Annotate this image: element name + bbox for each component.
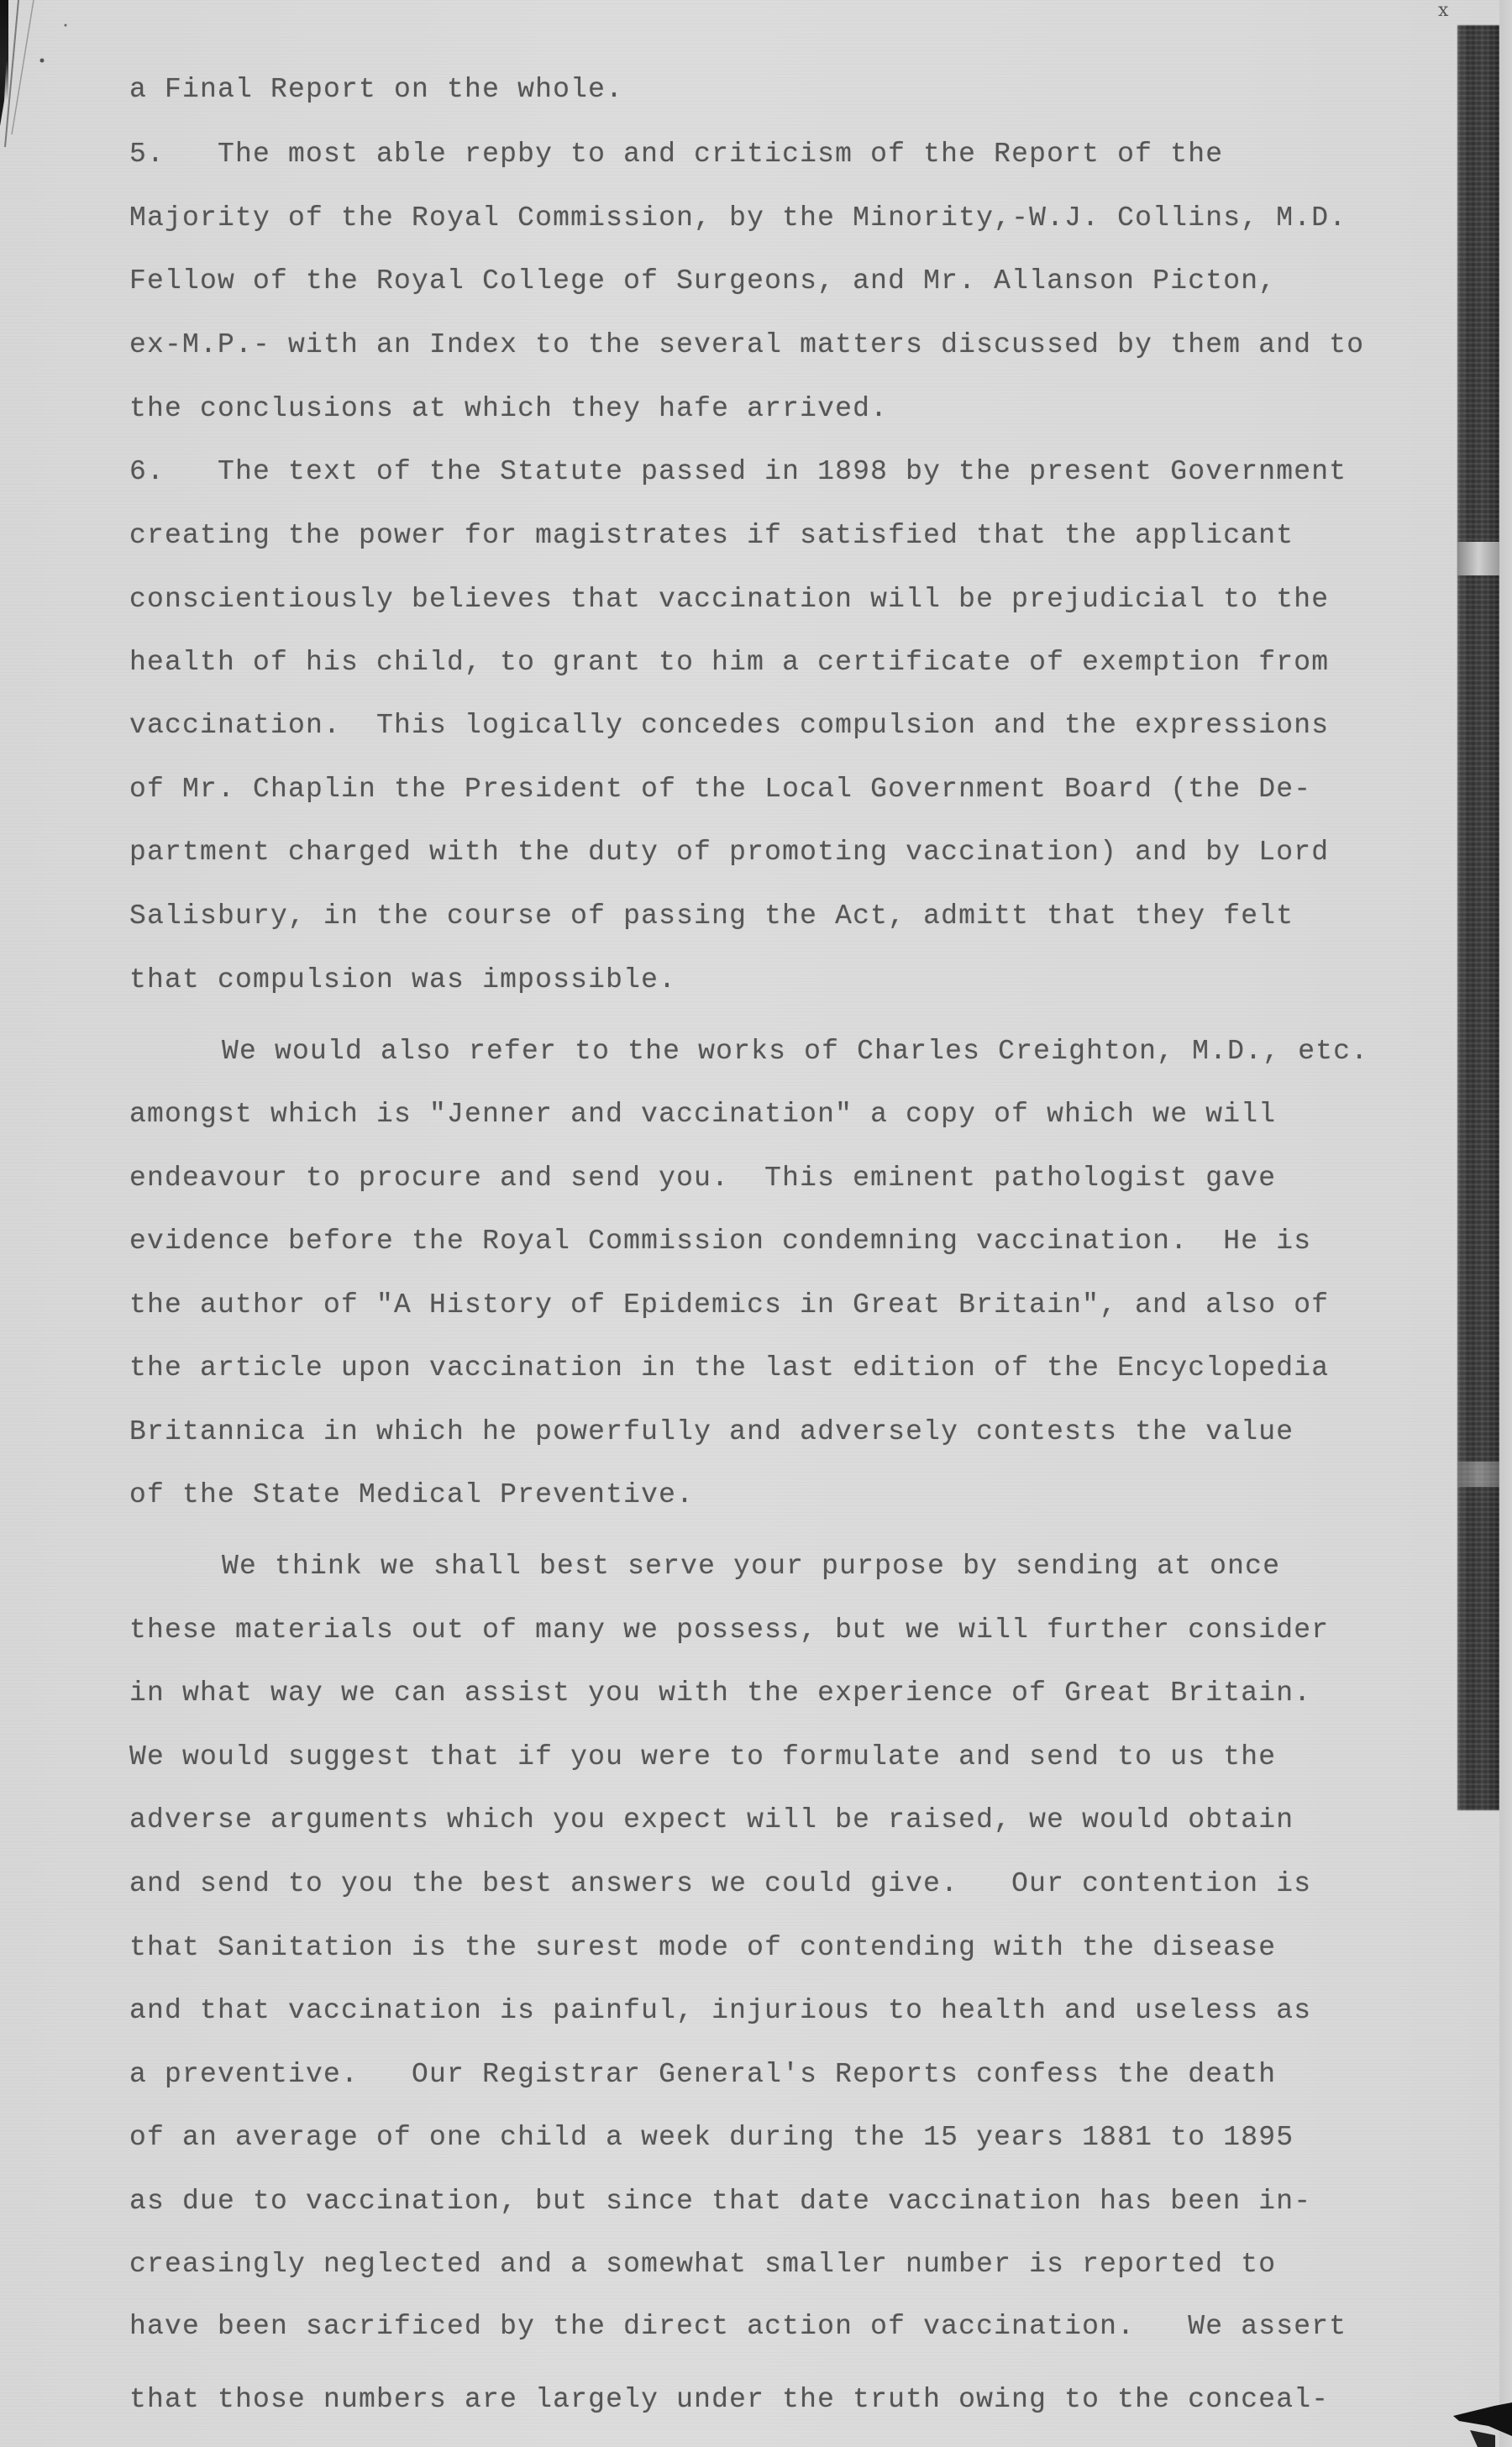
binding-gap [1457, 542, 1499, 575]
text-line: a Final Report on the whole. [129, 74, 623, 105]
text-line: endeavour to procure and send you. This … [129, 1163, 1276, 1194]
binding-gap [1457, 1462, 1499, 1487]
left-scan-edge [0, 0, 8, 101]
text-line: a preventive. Our Registrar General's Re… [129, 2059, 1276, 2090]
binding-strip [1457, 25, 1499, 1810]
text-line: Fellow of the Royal College of Surgeons,… [129, 265, 1276, 297]
text-line: of an average of one child a week during… [129, 2122, 1294, 2153]
text-line: of the State Medical Preventive. [129, 1479, 694, 1510]
text-line: We think we shall best serve your purpos… [222, 1551, 1280, 1582]
text-line: creasingly neglected and a somewhat smal… [129, 2249, 1276, 2280]
text-line: as due to vaccination, but since that da… [129, 2186, 1311, 2217]
text-line: in what way we can assist you with the e… [129, 1678, 1311, 1709]
paper-tear [1470, 2430, 1495, 2447]
text-line: partment charged with the duty of promot… [129, 837, 1329, 868]
text-line: the conclusions at which they hafe arriv… [129, 393, 888, 424]
text-line: ex-M.P.- with an Index to the several ma… [129, 329, 1364, 360]
text-line: 5. The most able repby to and criticism … [129, 139, 1223, 170]
text-line: 6. The text of the Statute passed in 189… [129, 456, 1347, 487]
text-line: have been sacrificed by the direct actio… [129, 2311, 1347, 2342]
text-line: amongst which is "Jenner and vaccination… [129, 1099, 1276, 1130]
text-line: that those numbers are largely under the… [129, 2384, 1329, 2415]
paper-tear [1453, 2402, 1512, 2436]
corner-mark: x [1438, 0, 1448, 21]
right-scan-edge [1499, 0, 1512, 2447]
text-line: of Mr. Chaplin the President of the Loca… [129, 774, 1311, 805]
folded-paper-edge [0, 0, 67, 160]
text-line: and send to you the best answers we coul… [129, 1868, 1311, 1899]
text-line: creating the power for magistrates if sa… [129, 520, 1294, 551]
text-line: health of his child, to grant to him a c… [129, 647, 1329, 678]
text-line: Majority of the Royal Commission, by the… [129, 202, 1347, 234]
text-line: We would also refer to the works of Char… [222, 1036, 1368, 1067]
text-line: the article upon vaccination in the last… [129, 1352, 1329, 1384]
document-page: x a Final Report on the whole. 5. The mo… [0, 0, 1512, 2447]
text-line: that compulsion was impossible. [129, 964, 676, 995]
text-line: that Sanitation is the surest mode of co… [129, 1932, 1276, 1963]
text-line: the author of "A History of Epidemics in… [129, 1289, 1329, 1321]
text-line: Salisbury, in the course of passing the … [129, 901, 1294, 932]
text-line: evidence before the Royal Commission con… [129, 1226, 1311, 1257]
text-line: vaccination. This logically concedes com… [129, 710, 1329, 741]
text-line: adverse arguments which you expect will … [129, 1804, 1294, 1835]
text-line: conscientiously believes that vaccinatio… [129, 584, 1329, 615]
text-line: We would suggest that if you were to for… [129, 1741, 1276, 1772]
text-line: and that vaccination is painful, injurio… [129, 1995, 1311, 2026]
text-line: Britannica in which he powerfully and ad… [129, 1416, 1294, 1447]
text-line: these materials out of many we possess, … [129, 1615, 1329, 1646]
